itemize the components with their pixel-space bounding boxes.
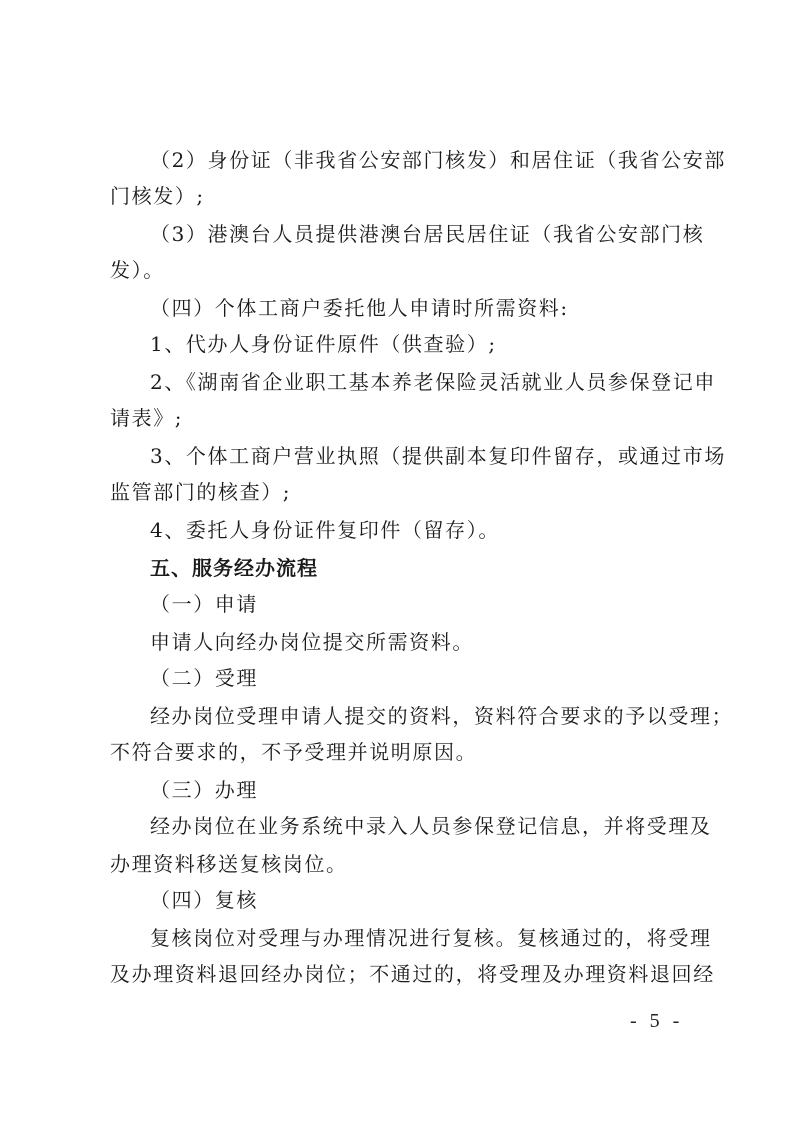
text-line: （四）复核 — [150, 888, 258, 912]
text-line: 申请人向经办岗位提交所需资料。 — [150, 630, 474, 654]
text-line: 经办岗位受理申请人提交的资料，资料符合要求的予以受理； — [150, 704, 698, 728]
text-line: 2、《湖南省企业职工基本养老保险灵活就业人员参保登记申 — [150, 370, 698, 394]
text-line: 4、委托人身份证件复印件（留存）。 — [150, 518, 500, 542]
text-line: 1、代办人身份证件原件（供查验）; — [150, 332, 497, 356]
text-line: （三）办理 — [150, 778, 258, 802]
page-number: - 5 - — [630, 1010, 683, 1033]
text-line: 办理资料移送复核岗位。 — [110, 852, 348, 876]
text-line: （四）个体工商户委托他人申请时所需资料: — [150, 296, 569, 320]
section-heading: 五、服务经办流程 — [150, 556, 318, 580]
text-line: （一）申请 — [150, 592, 258, 616]
text-line: 3、个体工商户营业执照（提供副本复印件留存，或通过市场 — [150, 444, 698, 468]
text-line: 经办岗位在业务系统中录入人员参保登记信息，并将受理及 — [150, 814, 698, 838]
text-line: 复核岗位对受理与办理情况进行复核。复核通过的，将受理 — [150, 926, 698, 950]
text-line: （2）身份证（非我省公安部门核发）和居住证（我省公安部 — [150, 148, 698, 172]
text-line: 监管部门的核查）; — [110, 480, 291, 504]
text-line: 及办理资料退回经办岗位；不通过的，将受理及办理资料退回经 — [110, 962, 698, 986]
text-line: 请表》; — [110, 406, 183, 430]
text-line: （3）港澳台人员提供港澳台居民居住证（我省公安部门核 — [150, 222, 698, 246]
text-line: 发）。 — [110, 258, 165, 282]
text-line: （二）受理 — [150, 666, 258, 690]
text-line: 门核发）; — [110, 184, 205, 208]
text-line: 不符合要求的，不予受理并说明原因。 — [110, 740, 477, 764]
